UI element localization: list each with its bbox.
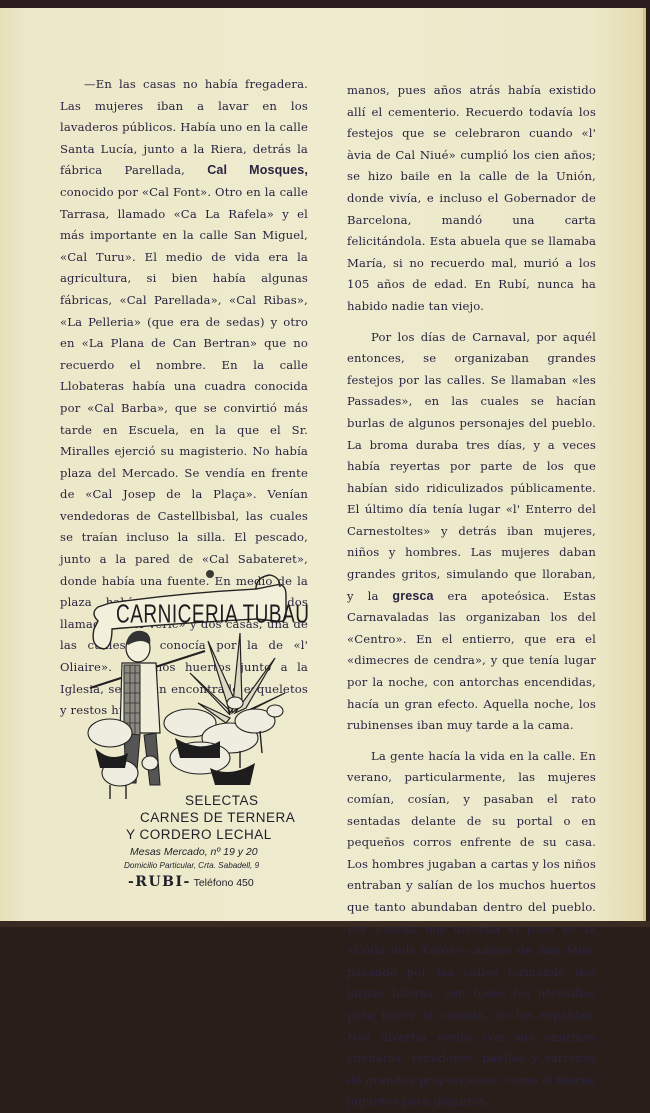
- ad-line-cordero: Y CORDERO LECHAL: [126, 827, 272, 842]
- text-segment: Por los días de Carnaval, por aquél ento…: [347, 330, 596, 603]
- butcher-advertisement: CARNICERIA TUBAU SELECTAS CARNES DE TERN…: [80, 563, 300, 863]
- ad-town: -RUBI-: [128, 874, 191, 890]
- paragraph: Por los días de Carnaval, por aquél ento…: [347, 327, 596, 737]
- ad-phone: Teléfono 450: [194, 877, 254, 889]
- shepherd-illustration-icon: [80, 563, 300, 803]
- paragraph: La gente hacía la vida en la calle. En v…: [347, 746, 596, 927]
- ad-domicile: Domicilio Particular, Crta. Sabadell, 9: [124, 861, 259, 870]
- document-page: —En las casas no había fregadera. Las mu…: [0, 8, 646, 921]
- ad-contact: -RUBI- Teléfono 450: [128, 874, 254, 890]
- scan-bottom-border: [0, 921, 650, 927]
- emphasized-text: gresca: [392, 589, 433, 603]
- text-segment: La gente hacía la vida en la calle. En v…: [347, 749, 596, 927]
- text-segment: manos, pues años atrás había existido al…: [347, 83, 596, 313]
- scan-top-border: [0, 0, 650, 8]
- ad-line-selectas: SELECTAS: [185, 793, 259, 808]
- shop-name-banner: CARNICERIA TUBAU: [116, 601, 276, 631]
- right-text-column: manos, pues años atrás había existido al…: [347, 80, 596, 927]
- ad-line-carnes: CARNES DE TERNERA: [140, 810, 295, 825]
- ad-address: Mesas Mercado, nº 19 y 20: [130, 846, 258, 858]
- text-segment: era apoteósica. Estas Carnavaladas las o…: [347, 589, 596, 733]
- emphasized-text: Cal Mosques,: [207, 163, 308, 177]
- paragraph: manos, pues años atrás había existido al…: [347, 80, 596, 318]
